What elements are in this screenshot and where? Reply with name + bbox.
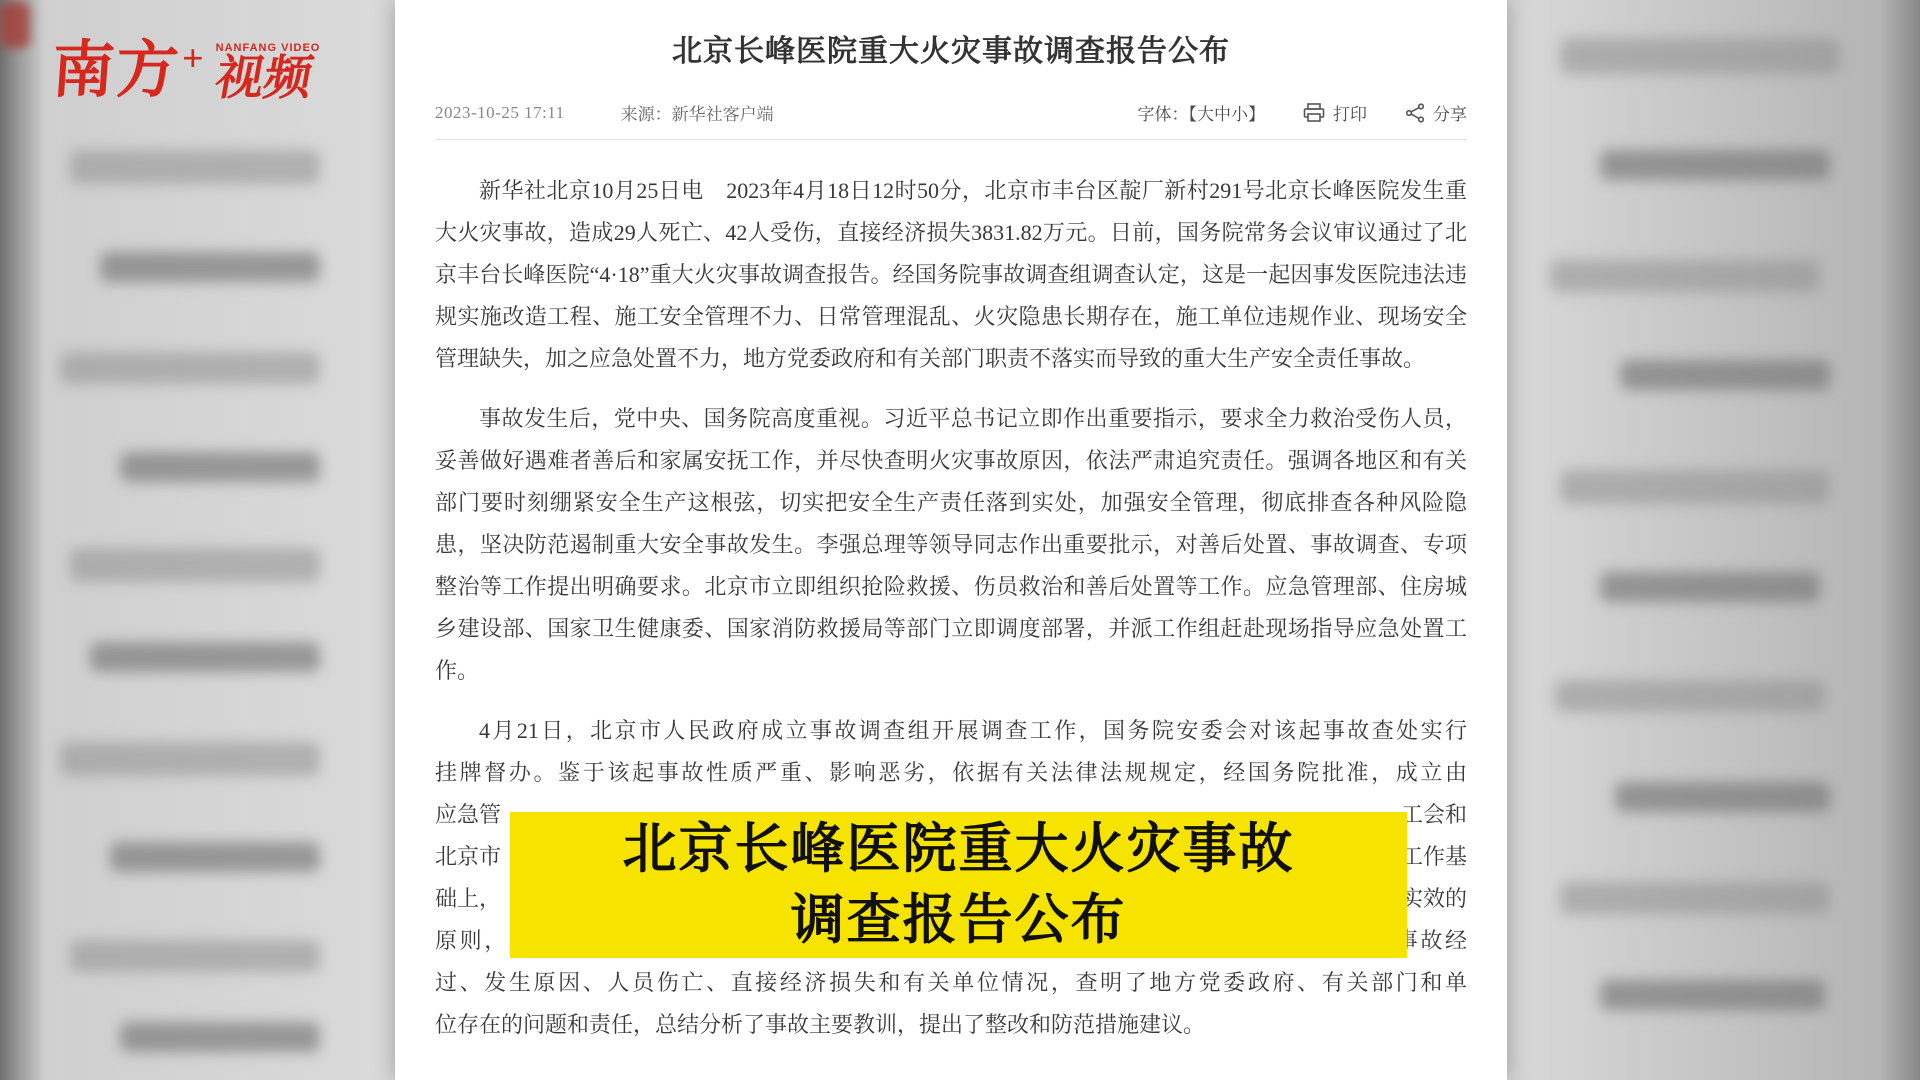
paragraph-2: 事故发生后，党中央、国务院高度重视。习近平总书记立即作出重要指示，要求全力救治受… <box>435 398 1467 692</box>
background-blur-blob <box>70 150 320 184</box>
caption-line-1: 北京长峰医院重大火灾事故 <box>623 814 1295 885</box>
article-page: 北京长峰医院重大火灾事故调查报告公布 2023-10-25 17:11 来源：新… <box>395 0 1507 1080</box>
printer-icon <box>1303 103 1325 123</box>
logo-plus-sign: + <box>182 40 204 78</box>
article-meta-bar: 2023-10-25 17:11 来源：新华社客户端 字体：【大中小】 打印 <box>435 100 1467 125</box>
background-blur-blob <box>100 252 320 282</box>
background-blur-blob <box>110 842 320 872</box>
caption-line-2: 调查报告公布 <box>791 885 1127 956</box>
background-blur-blob <box>1550 260 1820 292</box>
font-size-control[interactable]: 字体：【大中小】 <box>1138 100 1266 125</box>
video-caption-overlay: 北京长峰医院重大火灾事故 调查报告公布 <box>510 812 1407 958</box>
background-blur-blob <box>1555 680 1825 712</box>
covered-line-right-fragment: 工作基 <box>1401 836 1467 878</box>
background-blur-blob <box>70 940 320 972</box>
covered-line-right-fragment: 实效的 <box>1401 878 1467 920</box>
logo-video-text: 视频 <box>211 54 325 104</box>
background-blur-blob <box>1600 572 1820 602</box>
background-blur-blob <box>70 548 320 582</box>
logo-brand-text: 南方 <box>50 40 182 102</box>
share-label: 分享 <box>1433 100 1467 125</box>
video-frame: 南方 + NANFANG VIDEO 视频 北京长峰医院重大火灾事故调查报告公布… <box>0 0 1920 1080</box>
background-blur-blob <box>60 352 320 384</box>
background-blur-blob <box>1600 980 1825 1010</box>
background-blur-blob <box>1560 38 1840 74</box>
background-blur-blob <box>1560 882 1830 914</box>
covered-line-left-fragment: 应急管 <box>435 794 501 836</box>
page-title: 北京长峰医院重大火灾事故调查报告公布 <box>435 26 1467 70</box>
print-label: 打印 <box>1333 100 1367 125</box>
paragraph-1: 新华社北京10月25日电 2023年4月18日12时50分，北京市丰台区靛厂新村… <box>435 170 1467 380</box>
paragraph-3-line: 4月21日，北京市人民政府成立事故调查组开展调查工作，国务院安委会对该起事故查处… <box>435 710 1467 752</box>
covered-line-left-fragment: 础上， <box>435 878 501 920</box>
paragraph-3-line: 挂牌督办。鉴于该起事故性质严重、影响恶劣，依据有关法律法规规定，经国务院批准，成… <box>435 752 1467 794</box>
background-blur-blob <box>90 642 320 672</box>
covered-line-right-fragment: 工会和 <box>1401 794 1467 836</box>
paragraph-3-line: 过、发生原因、人员伤亡、直接经济损失和有关单位情况，查明了地方党委政府、有关部门… <box>435 962 1467 1004</box>
background-blur-blob <box>120 1022 320 1052</box>
background-blur-blob <box>0 2 30 48</box>
share-icon <box>1405 103 1425 123</box>
background-blur-blob <box>120 452 320 482</box>
meta-actions: 字体：【大中小】 打印 <box>1138 100 1468 125</box>
share-button[interactable]: 分享 <box>1405 100 1467 125</box>
divider <box>435 139 1467 140</box>
print-button[interactable]: 打印 <box>1303 100 1367 125</box>
nanfang-video-logo: 南方 + NANFANG VIDEO 视频 <box>52 40 320 104</box>
paragraph-3-line: 位存在的问题和责任，总结分析了事故主要教训，提出了整改和防范措施建议。 <box>435 1004 1467 1046</box>
background-blur-blob <box>1615 782 1830 812</box>
source-label: 来源：新华社客户端 <box>621 100 774 125</box>
publish-date: 2023-10-25 17:11 <box>435 103 565 123</box>
background-blur-blob <box>1600 150 1830 180</box>
background-blur-blob <box>1560 470 1830 504</box>
background-blur-blob <box>1620 360 1830 390</box>
background-blur-blob <box>60 742 320 776</box>
covered-line-left-fragment: 北京市 <box>435 836 501 878</box>
